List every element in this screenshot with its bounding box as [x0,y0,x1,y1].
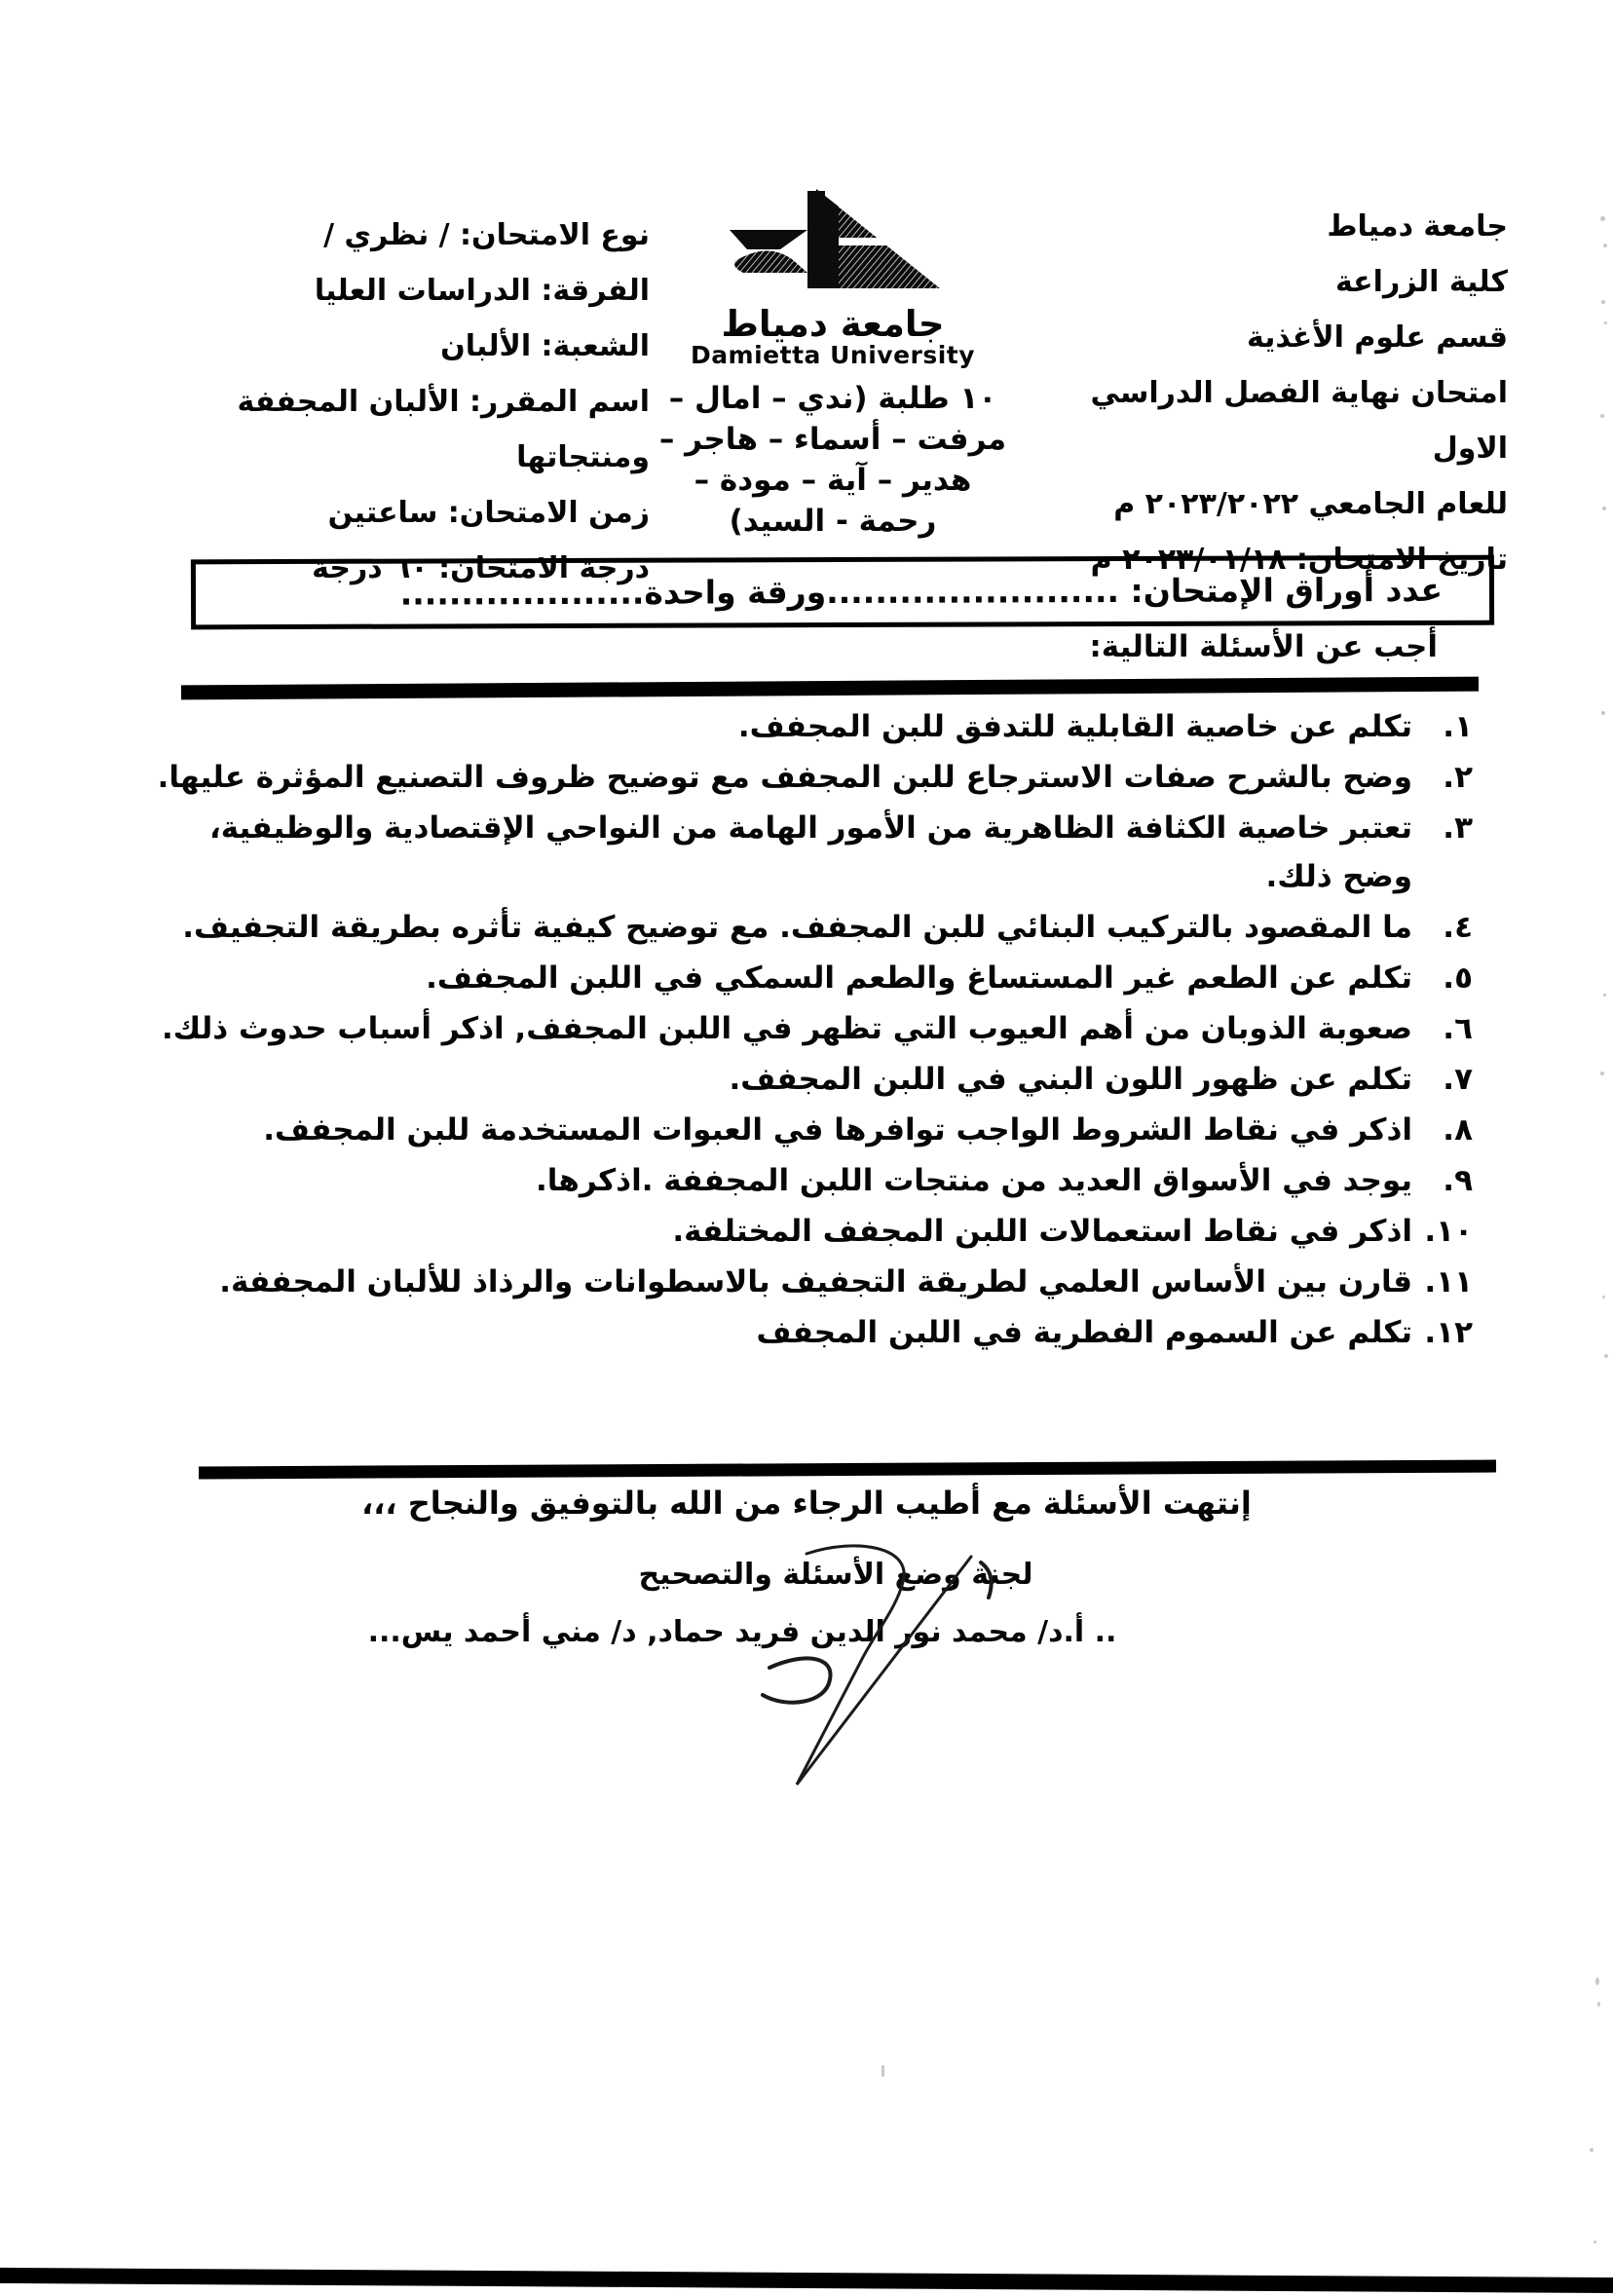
question-text: ما المقصود بالتركيب البنائي للبن المجفف.… [146,903,1412,952]
scan-speck [1603,244,1607,247]
question-number: ٥. [1412,954,1473,1002]
question-text: تكلم عن خاصية القابلية للتدفق للبن المجف… [146,702,1412,751]
scan-speck [1600,216,1605,221]
division: الشعبة: الألبان [133,319,650,374]
students-line: رحمة - السيد) [619,501,1047,542]
scan-speck [882,2065,884,2077]
question-number: ٨. [1412,1106,1473,1154]
question-item: ١.تكلم عن خاصية القابلية للتدفق للبن الم… [146,702,1473,751]
question-number: ١٠. [1412,1207,1473,1256]
separator-line-top [181,677,1479,700]
exam-paper-page: جامعة دمياط كلية الزراعة قسم علوم الأغذي… [0,0,1613,2296]
question-item: ١٠.اذكر في نقاط استعمالات اللبن المجفف ا… [146,1207,1473,1256]
exam-title: امتحان نهاية الفصل الدراسي الاول [1089,365,1508,476]
faculty-name: كلية الزراعة [1089,254,1508,310]
logo-english-text: Damietta University [619,343,1047,368]
closing-line: إنتهت الأسئلة مع أطيب الرجاء من الله بال… [156,1485,1457,1522]
question-number: ٦. [1412,1004,1473,1053]
question-text: وضح بالشرح صفات الاسترجاع للبن المجفف مع… [146,753,1412,802]
scan-speck [1595,1977,1599,1985]
exam-duration: زمن الامتحان: ساعتين [133,485,650,541]
students-line: ١٠ طلبة (ندي – امال – [619,378,1047,419]
scan-speck [1604,1354,1608,1358]
department-name: قسم علوم الأغذية [1089,310,1508,365]
question-text: قارن بين الأساس العلمي لطريقة التجفيف با… [146,1258,1412,1306]
question-item: ٤.ما المقصود بالتركيب البنائي للبن المجف… [146,903,1473,952]
academic-year: للعام الجامعي ٢٠٢٣/٢٠٢٢ م [1089,476,1508,532]
exam-type: نوع الامتحان: / نظري / [133,207,650,263]
scan-speck [1604,321,1607,324]
question-number: ١١. [1412,1258,1473,1306]
signature [735,1531,1096,1809]
question-number: ٣. [1412,804,1473,901]
students-line: هدير – آية – مودة – [619,460,1047,501]
university-name: جامعة دمياط [1089,199,1508,254]
header-right-column: جامعة دمياط كلية الزراعة قسم علوم الأغذي… [1089,199,1508,587]
question-number: ٧. [1412,1055,1473,1104]
question-number: ٩. [1412,1156,1473,1205]
header-left-column: نوع الامتحان: / نظري / الفرقة: الدراسات … [133,207,650,596]
scan-speck [1601,711,1605,715]
students-line: مرفت – أسماء – هاجر – [619,419,1047,460]
course-name: اسم المقرر: الألبان المجففة ومنتجاتها [133,374,650,485]
scan-speck [1603,994,1606,997]
scan-speck [1590,2148,1594,2152]
question-item: ٨.اذكر في نقاط الشروط الواجب توافرها في … [146,1106,1473,1154]
scan-edge-band [0,2268,1613,2293]
question-item: ٦.صعوبة الذوبان من أهم العيوب التي تظهر … [146,1004,1473,1053]
question-item: ٣.تعتبر خاصية الكثافة الظاهرية من الأمور… [146,804,1473,901]
question-item: ٥.تكلم عن الطعم غير المستساغ والطعم السم… [146,954,1473,1002]
question-item: ٢.وضح بالشرح صفات الاسترجاع للبن المجفف … [146,753,1473,802]
question-item: ١٢.تكلم عن السموم الفطرية في اللبن المجف… [146,1308,1473,1357]
logo-arabic-text: جامعة دمياط [619,306,1047,343]
question-number: ٤. [1412,903,1473,952]
question-text: صعوبة الذوبان من أهم العيوب التي تظهر في… [146,1004,1412,1053]
question-number: ١٢. [1412,1308,1473,1357]
question-text: تعتبر خاصية الكثافة الظاهرية من الأمور ا… [146,804,1412,901]
university-logo-icon [722,187,944,306]
scan-speck [1597,2002,1600,2007]
grade-level: الفرقة: الدراسات العليا [133,263,650,319]
header-center-column: جامعة دمياط Damietta University ١٠ طلبة … [619,187,1047,542]
students-list: ١٠ طلبة (ندي – امال – مرفت – أسماء – هاج… [619,378,1047,542]
scan-speck [1602,1296,1605,1299]
question-text: تكلم عن الطعم غير المستساغ والطعم السمكي… [146,954,1412,1002]
scan-speck [1600,1072,1604,1075]
question-item: ٧.تكلم عن ظهور اللون البني في اللبن المج… [146,1055,1473,1104]
question-text: تكلم عن السموم الفطرية في اللبن المجفف [146,1308,1412,1357]
question-text: اذكر في نقاط استعمالات اللبن المجفف المخ… [146,1207,1412,1256]
question-text: تكلم عن ظهور اللون البني في اللبن المجفف… [146,1055,1412,1104]
question-text: يوجد في الأسواق العديد من منتجات اللبن ا… [146,1156,1412,1205]
papers-count-box: عدد أوراق الإمتحان: ....................… [191,555,1494,630]
question-item: ٩.يوجد في الأسواق العديد من منتجات اللبن… [146,1156,1473,1205]
question-number: ٢. [1412,753,1473,802]
scan-speck [1600,414,1604,418]
scan-speck [1594,2240,1596,2243]
scan-speck [1601,300,1605,304]
separator-line-bottom [199,1460,1496,1480]
question-item: ١١.قارن بين الأساس العلمي لطريقة التجفيف… [146,1258,1473,1306]
questions-list: ١.تكلم عن خاصية القابلية للتدفق للبن الم… [146,702,1473,1359]
question-number: ١. [1412,702,1473,751]
answer-instruction: أجب عن الأسئلة التالية: [1089,629,1438,664]
question-text: اذكر في نقاط الشروط الواجب توافرها في ال… [146,1106,1412,1154]
scan-speck [1602,507,1606,510]
